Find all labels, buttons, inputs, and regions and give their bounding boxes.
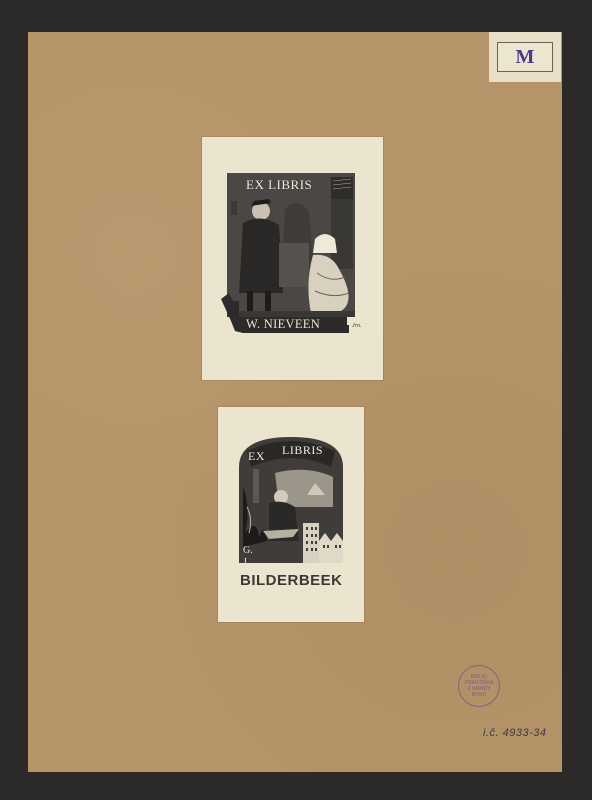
- bookplate-bilderbeek: EX LIBRIS G. J. BILDERBEEK: [218, 407, 364, 622]
- ex-title-part1: EX: [248, 449, 265, 464]
- owner-initial-1: G.: [243, 545, 253, 556]
- owner-name: BILDERBEEK: [240, 572, 343, 589]
- bookplate-nieveen: EX LIBRIS W. NIEVEEN Jrn.: [202, 137, 383, 380]
- collection-label: M: [489, 32, 561, 82]
- libris-title-part2: LIBRIS: [282, 443, 323, 458]
- mounting-sheet: M: [28, 32, 562, 772]
- stamp-line: BRNO: [459, 692, 499, 698]
- library-stamp: BIBLIO FRANTIŠKA Z WANDY BRNO: [458, 665, 500, 707]
- owner-initial-2: J.: [243, 557, 249, 568]
- engraving-tavern-scene-icon: [221, 173, 364, 335]
- ex-libris-title: EX LIBRIS: [246, 177, 312, 193]
- label-letter: M: [516, 47, 535, 67]
- inventory-number: i.č. 4933-34: [483, 727, 546, 739]
- owner-name: W. NIEVEEN: [246, 317, 320, 332]
- artist-signature: Jrn.: [352, 323, 362, 329]
- label-box: M: [497, 42, 553, 72]
